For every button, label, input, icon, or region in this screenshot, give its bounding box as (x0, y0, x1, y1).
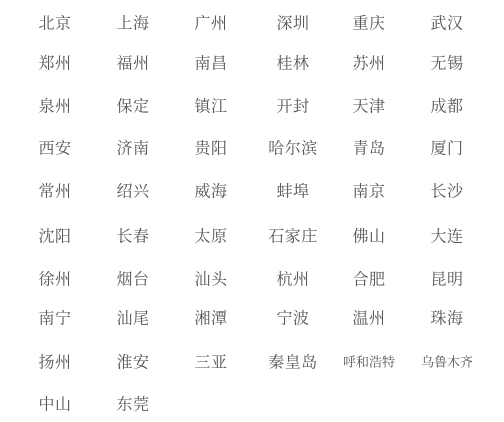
city-item[interactable]: 常州 (38, 179, 71, 202)
city-item[interactable]: 济南 (116, 136, 149, 159)
city-item[interactable]: 湘潭 (194, 306, 227, 329)
city-item[interactable]: 青岛 (352, 136, 385, 159)
city-item[interactable]: 厦门 (430, 136, 463, 159)
city-item[interactable]: 无锡 (430, 51, 463, 74)
city-item[interactable]: 蚌埠 (276, 179, 309, 202)
city-item[interactable]: 三亚 (194, 350, 227, 373)
city-item[interactable]: 保定 (116, 94, 149, 117)
city-item[interactable]: 东莞 (116, 392, 149, 415)
city-item[interactable]: 福州 (116, 51, 149, 74)
city-item[interactable]: 北京 (38, 11, 71, 34)
city-item[interactable]: 开封 (276, 94, 309, 117)
city-item[interactable]: 大连 (430, 224, 463, 247)
city-item[interactable]: 扬州 (38, 350, 71, 373)
city-item[interactable]: 哈尔滨 (268, 136, 318, 159)
city-item[interactable]: 淮安 (116, 350, 149, 373)
city-item[interactable]: 徐州 (38, 267, 71, 290)
city-item[interactable]: 西安 (38, 136, 71, 159)
city-item[interactable]: 绍兴 (116, 179, 149, 202)
city-item[interactable]: 南京 (352, 179, 385, 202)
city-item[interactable]: 南昌 (194, 51, 227, 74)
city-item[interactable]: 太原 (194, 224, 227, 247)
city-item[interactable]: 成都 (430, 94, 463, 117)
city-item[interactable]: 烟台 (116, 267, 149, 290)
city-item[interactable]: 中山 (38, 392, 71, 415)
city-item[interactable]: 泉州 (38, 94, 71, 117)
city-item[interactable]: 郑州 (38, 51, 71, 74)
city-item[interactable]: 珠海 (430, 306, 463, 329)
city-item[interactable]: 威海 (194, 179, 227, 202)
city-item[interactable]: 桂林 (276, 51, 309, 74)
city-item[interactable]: 武汉 (430, 11, 463, 34)
city-item[interactable]: 广州 (194, 11, 227, 34)
city-item[interactable]: 汕头 (194, 267, 227, 290)
city-item[interactable]: 南宁 (38, 306, 71, 329)
city-item[interactable]: 佛山 (352, 224, 385, 247)
city-item[interactable]: 秦皇岛 (268, 350, 318, 373)
city-item[interactable]: 深圳 (276, 11, 309, 34)
city-item[interactable]: 乌鲁木齐 (421, 352, 473, 371)
city-item[interactable]: 杭州 (276, 267, 309, 290)
city-item[interactable]: 长春 (116, 224, 149, 247)
city-item[interactable]: 温州 (352, 306, 385, 329)
city-item[interactable]: 呼和浩特 (343, 352, 395, 371)
city-item[interactable]: 天津 (352, 94, 385, 117)
city-item[interactable]: 合肥 (352, 267, 385, 290)
city-item[interactable]: 沈阳 (38, 224, 71, 247)
city-item[interactable]: 镇江 (194, 94, 227, 117)
city-grid: 北京上海广州深圳重庆武汉郑州福州南昌桂林苏州无锡泉州保定镇江开封天津成都西安济南… (0, 0, 504, 422)
city-item[interactable]: 长沙 (430, 179, 463, 202)
city-item[interactable]: 重庆 (352, 11, 385, 34)
city-item[interactable]: 宁波 (276, 306, 309, 329)
city-item[interactable]: 汕尾 (116, 306, 149, 329)
city-item[interactable]: 石家庄 (268, 224, 318, 247)
city-item[interactable]: 昆明 (430, 267, 463, 290)
city-item[interactable]: 苏州 (352, 51, 385, 74)
city-item[interactable]: 贵阳 (194, 136, 227, 159)
city-item[interactable]: 上海 (116, 11, 149, 34)
